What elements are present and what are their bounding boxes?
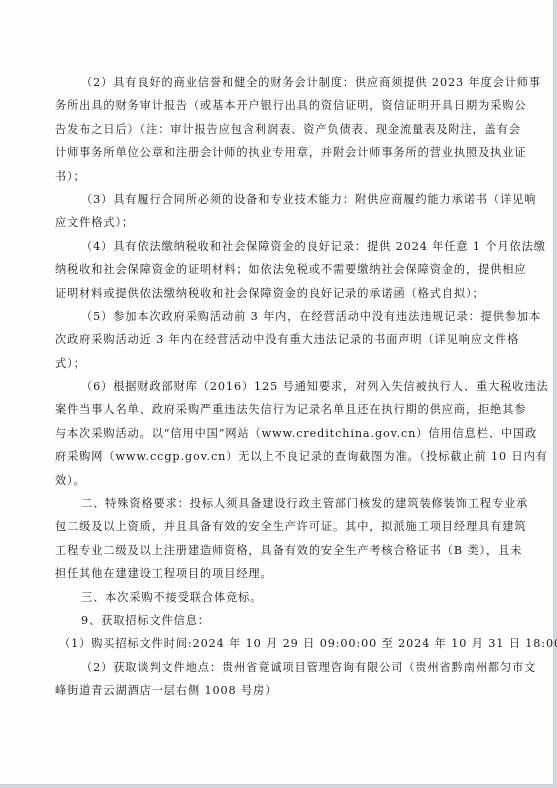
document-page: （2）具有良好的商业信誉和健全的财务会计制度：供应商须提供 2023 年度会计师… bbox=[0, 0, 553, 784]
paragraph-line: 计师事务所单位公章和注册会计师的执业专用章，并附会计师事务所的营业执照及执业证 bbox=[55, 141, 501, 164]
paragraph-line: 告发布之日后）（注：审计报告应包含利润表、资产负债表、现金流量表及附注，盖有会 bbox=[55, 118, 501, 141]
paragraph-line: 9、获取招标文件信息： bbox=[55, 609, 501, 632]
paragraph-line: 务所出具的财务审计报告（或基本开户银行出具的资信证明，资信证明开具日期为采购公 bbox=[55, 94, 501, 117]
paragraph-line: 式）； bbox=[55, 352, 501, 375]
paragraph-line: 书）； bbox=[55, 165, 501, 188]
paragraph-line: 峰街道青云湖酒店一层右侧 1008 号房） bbox=[55, 679, 501, 702]
paragraph-line: 次政府采购活动近 3 年内在经营活动中没有重大违法记录的书面声明（详见响应文件格 bbox=[55, 328, 501, 351]
paragraph-line: 府采购网（www.ccgp.gov.cn）无以上不良记录的查询截图为准。（投标截… bbox=[55, 445, 501, 468]
paragraph-line: 三、本次采购不接受联合体竞标。 bbox=[55, 586, 501, 609]
paragraph-line: 担任其他在建建设工程项目的项目经理。 bbox=[55, 562, 501, 585]
paragraph-line: （5）参加本次政府采购活动前 3 年内，在经营活动中没有违法违规记录：提供参加本 bbox=[55, 305, 501, 328]
paragraph-line: 纳税收和社会保障资金的证明材料；如依法免税或不需要缴纳社会保障资金的，提供相应 bbox=[55, 258, 501, 281]
paragraph-line: 二、特殊资格要求：投标人须具备建设行政主管部门核发的建筑装修装饰工程专业承 bbox=[55, 492, 501, 515]
paragraph-line: （1）购买招标文件时间:2024 年 10 月 29 日 09:00:00 至 … bbox=[55, 632, 501, 655]
paragraph-line: 案件当事人名单、政府采购严重违法失信行为记录名单且还在执行期的供应商，拒绝其参 bbox=[55, 398, 501, 421]
paragraph-line: 包二级及以上资质，并且具备有效的安全生产许可证。其中，拟派施工项目经理具有建筑 bbox=[55, 515, 501, 538]
paragraph-line: （3）具有履行合同所必须的设备和专业技术能力：附供应商履约能力承诺书（详见响 bbox=[55, 188, 501, 211]
document-body: （2）具有良好的商业信誉和健全的财务会计制度：供应商须提供 2023 年度会计师… bbox=[55, 71, 501, 703]
paragraph-line: （6）根据财政部财库（2016）125 号通知要求，对列入失信被执行人、重大税收… bbox=[55, 375, 501, 398]
paragraph-line: 效）。 bbox=[55, 469, 501, 492]
paragraph-line: （4）具有依法缴纳税收和社会保障资金的良好记录：提供 2024 年任意 1 个月… bbox=[55, 235, 501, 258]
paragraph-line: 证明材料或提供依法缴纳税收和社会保障资金的良好记录的承诺函（格式自拟）； bbox=[55, 282, 501, 305]
paragraph-line: 与本次采购活动。以“信用中国”网站（www.creditchina.gov.cn… bbox=[55, 422, 501, 445]
paragraph-line: （2）具有良好的商业信誉和健全的财务会计制度：供应商须提供 2023 年度会计师… bbox=[55, 71, 501, 94]
paragraph-line: （2）获取谈判文件地点：贵州省竟诚项目管理咨询有限公司（贵州省黔南州都匀市文 bbox=[55, 656, 501, 679]
paragraph-line: 工程专业二级及以上注册建造师资格，具备有效的安全生产考核合格证书（B 类），且未 bbox=[55, 539, 501, 562]
paragraph-line: 应文件格式）； bbox=[55, 211, 501, 234]
